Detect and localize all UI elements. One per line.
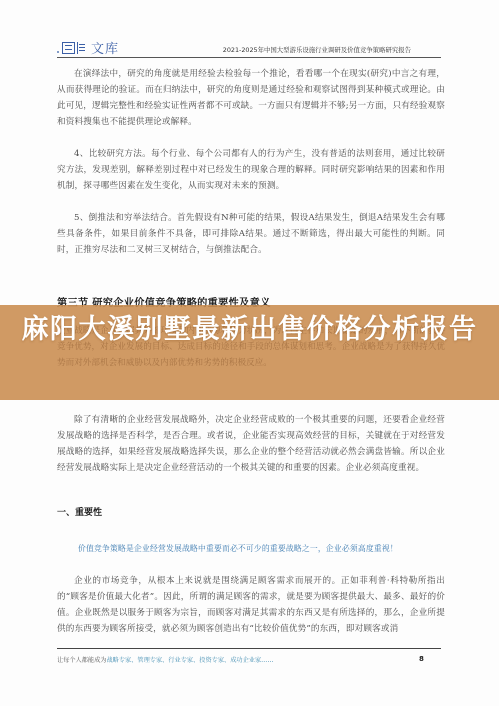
paragraph-deduction: 在演绎法中，研究的角度就是用经验去检验每一个推论，看看哪一个在现实(研究)中言之… (57, 66, 445, 130)
report-title: 2021-2025年中国大型游乐设施行业调研及价值竞争策略研究报告 (223, 45, 411, 54)
sub-heading-importance: 一、重要性 (57, 505, 102, 518)
page-number: 8 (419, 655, 424, 663)
logo-dot-icon (57, 51, 59, 53)
banner-title: 麻阳大溪别墅最新出售价格分析报告 (20, 312, 479, 348)
wenku-logo-icon (62, 41, 85, 55)
paragraph-market-competition: 企业的市场竞争，从根本上来说就是围绕满足顾客需求而展开的。正如菲利普·科特勒所指… (57, 573, 445, 637)
footer-roles: 战略专家、管理专家、行业专家、投资专家、成功企业家…… (107, 657, 274, 664)
paragraph-comparison-method: 4、比较研究方法。每个行业、每个公司都有人的行为产生，没有普适的法则套用，通过比… (57, 146, 445, 194)
logo-text: 文库 (91, 38, 119, 57)
document-header: 文库 2021-2025年中国大型游乐设施行业调研及价值竞争策略研究报告 (57, 36, 441, 58)
document-page: 文库 2021-2025年中国大型游乐设施行业调研及价值竞争策略研究报告 在演绎… (0, 0, 499, 706)
paragraph-strategy-choice: 除了有清晰的企业经营发展战略外，决定企业经营成败的一个极其重要的问题，还要看企业… (57, 412, 445, 476)
paragraph-backward-reasoning: 5、倒推法和穷举法结合。首先假设有N种可能的结果，假设A结果发生，倒退A结果发生… (57, 210, 445, 258)
footer-slogan: 让每个人都能成为战略专家、管理专家、行业专家、投资专家、成功企业家…… (57, 655, 274, 664)
footer-prefix: 让每个人都能成为 (57, 657, 107, 664)
highlight-statement: 价值竞争策略是企业经营发展战略中重要而必不可少的重要战略之一，企业必须高度重视！ (78, 543, 398, 554)
logo: 文库 (57, 38, 119, 57)
footer-divider (57, 648, 441, 649)
